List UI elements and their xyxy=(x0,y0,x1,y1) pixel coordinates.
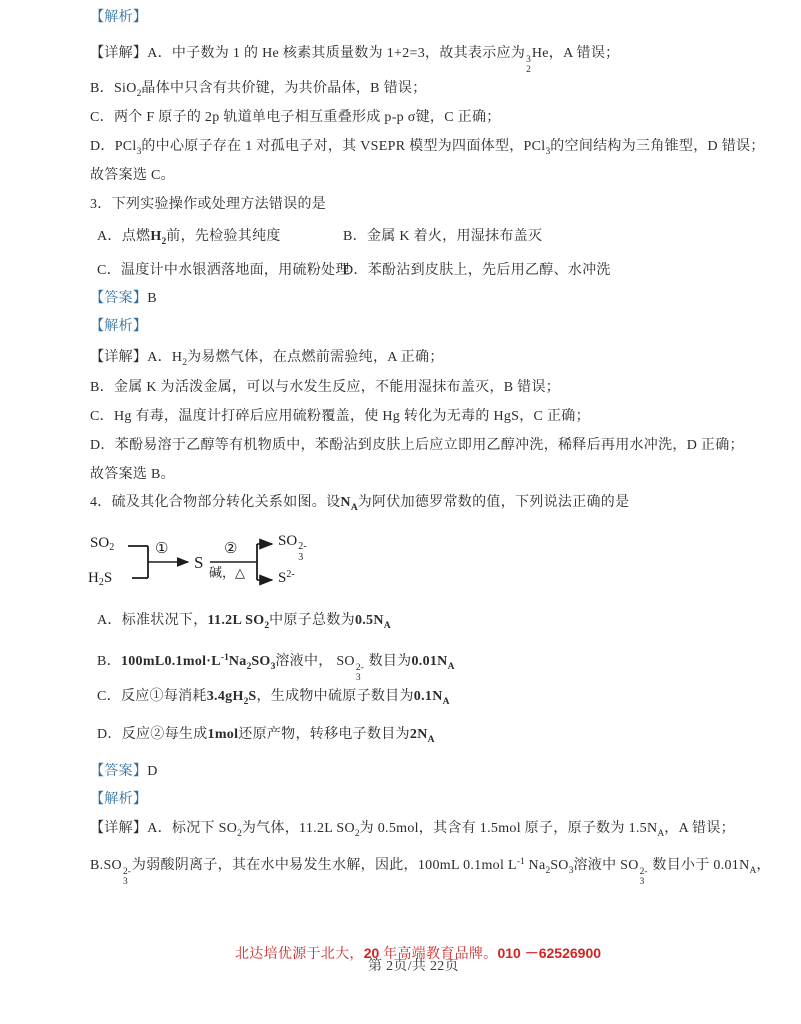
text-segment: D．苯酚沾到皮肤上，先后用乙醇、水冲洗 xyxy=(343,263,611,278)
text-segment: 3.4gH xyxy=(207,689,244,704)
text-segment: A xyxy=(351,503,358,513)
text-segment: B． xyxy=(97,654,121,669)
diagram-label-s: S xyxy=(194,554,203,571)
text-segment: A xyxy=(443,697,450,707)
text-segment: ，生成物中硫原子数目为 xyxy=(256,689,413,704)
text-segment: C．两个 F 原子的 2p 轨道单电子相互重叠形成 p-p σ键，C 正确； xyxy=(90,110,501,125)
text-segment: 【详解】A．中子数为 1 的 He 核素其质量数为 1+2=3，故其表示应为 xyxy=(90,46,525,61)
q4-option-a: A．标准状况下，11.2L SO2中原子总数为0.5NA xyxy=(97,611,391,636)
text-segment: D．苯酚易溶于乙醇等有机物质中，苯酚沾到皮肤上后应立即用乙醇冲洗，稀释后再用水冲… xyxy=(90,438,744,453)
text-segment: -1 xyxy=(221,653,229,663)
text-segment: 【详解】A．标况下 SO xyxy=(90,821,237,836)
text-segment: 故答案选 C。 xyxy=(90,168,175,183)
text-segment: 溶液中 SO xyxy=(573,858,638,873)
q3-answer: 【答案】B xyxy=(90,289,157,309)
text-segment: 2-3 xyxy=(640,868,648,888)
text-segment: C．反应①每消耗 xyxy=(97,689,207,704)
detail-q3-b: B．金属 K 为活泼金属，可以与水发生反应，不能用湿抹布盖灭，B 错误； xyxy=(90,378,560,398)
text-segment: 1mol xyxy=(208,727,239,742)
text-segment: 还原产物，转移电子数目为 xyxy=(238,727,410,742)
diagram-label-so3: SO2-3 xyxy=(278,534,308,563)
q4-option-c: C．反应①每消耗3.4gH2S，生成物中硫原子数目为0.1NA xyxy=(97,687,449,712)
text-segment: 【答案】 xyxy=(90,291,147,306)
q4-answer: 【答案】D xyxy=(90,762,158,782)
text-segment: 3．下列实验操作或处理方法错误的是 xyxy=(90,197,326,212)
text-segment: B．SiO xyxy=(90,81,137,96)
q3-option-c: C．温度计中水银洒落地面，用硫粉处理 xyxy=(97,261,350,281)
text-segment: Na xyxy=(525,858,546,873)
text-segment: ， xyxy=(756,858,770,873)
text-segment: 为 0.5mol，其含有 1.5mol 原子，原子数为 1.5N xyxy=(360,821,658,836)
text-segment: 4．硫及其化合物部分转化关系如图。设 xyxy=(90,495,340,510)
text-segment: 【解析】 xyxy=(90,792,147,807)
detail-q4-a: 【详解】A．标况下 SO2为气体，11.2L SO2为 0.5mol，其含有 1… xyxy=(90,819,735,844)
diagram-label-s2: S2- xyxy=(278,570,295,586)
sulfur-conversion-diagram: SO2 H2S ① S ② 碱，△ SO2-3 S2- xyxy=(88,528,348,602)
text-segment: 为弱酸阴离子，其在水中易发生水解，因此，100mL 0.1mol L xyxy=(132,858,517,873)
text-segment: D．PCl xyxy=(90,139,137,154)
text-segment: 第 2页/共 22页 xyxy=(368,959,459,974)
diagram-step1-circle: ① xyxy=(155,542,168,557)
text-segment: 前，先检验其纯度 xyxy=(166,229,280,244)
text-segment: A xyxy=(428,735,435,745)
text-segment: 为易燃气体，在点燃前需验纯，A 正确； xyxy=(187,350,444,365)
detail-q2-conclusion: 故答案选 C。 xyxy=(90,166,175,186)
q3-option-a: A．点燃H2前，先检验其纯度 xyxy=(97,227,281,252)
text-segment: 11.2L SO xyxy=(208,613,265,628)
q4-analysis-label: 【解析】 xyxy=(90,790,147,810)
text-segment: 晶体中只含有共价键，为共价晶体，B 错误； xyxy=(141,81,426,96)
text-segment: 为阿伏加德罗常数的值，下列说法正确的是 xyxy=(358,495,630,510)
diagram-condition: 碱，△ xyxy=(209,566,245,579)
text-segment: 100mL0.1mol·L xyxy=(121,654,221,669)
text-segment: 数目为 xyxy=(365,654,412,669)
page-number: 第 2页/共 22页 xyxy=(368,957,459,977)
text-segment: He，A 错误； xyxy=(532,46,620,61)
text-segment: 2N xyxy=(410,727,428,742)
document-page: { "page": { "width": 801, "height": 1024… xyxy=(0,0,801,1024)
detail-q2-b: B．SiO2晶体中只含有共价键，为共价晶体，B 错误； xyxy=(90,79,427,104)
question-4-stem: 4．硫及其化合物部分转化关系如图。设NA为阿伏加德罗常数的值，下列说法正确的是 xyxy=(90,493,629,518)
text-segment: 的空间结构为三角锥型，D 错误； xyxy=(550,139,764,154)
text-segment: B.SO xyxy=(90,858,122,873)
text-segment: 数目小于 0.01N xyxy=(649,858,750,873)
text-segment: 中原子总数为 xyxy=(269,613,355,628)
detail-q3-conclusion: 故答案选 B。 xyxy=(90,465,175,485)
diagram-step2-circle: ② xyxy=(224,542,237,557)
q4-option-b: B．100mL0.1mol·L-1Na2SO3溶液中， SO2-3 数目为0.0… xyxy=(97,648,454,684)
text-segment: 2-3 xyxy=(123,868,131,888)
detail-q4-b: B.SO2-3为弱酸阴离子，其在水中易发生水解，因此，100mL 0.1mol … xyxy=(90,852,771,888)
text-segment: B．金属 K 着火，用湿抹布盖灭 xyxy=(343,229,542,244)
q4-option-d: D．反应②每生成1mol还原产物，转移电子数目为2NA xyxy=(97,725,434,750)
text-segment: SO xyxy=(251,654,270,669)
question-3-stem: 3．下列实验操作或处理方法错误的是 xyxy=(90,195,326,215)
text-segment: A xyxy=(384,621,391,631)
text-segment: A xyxy=(448,662,455,672)
text-segment: 0.5N xyxy=(355,613,384,628)
diagram-label-so2: SO2 xyxy=(90,536,114,553)
text-segment: 为气体，11.2L SO xyxy=(242,821,355,836)
text-segment: -1 xyxy=(517,857,525,867)
text-segment: 2-3 xyxy=(356,664,364,684)
text-segment: D．反应②每生成 xyxy=(97,727,208,742)
text-segment: 北达培优源于北大， xyxy=(235,947,364,962)
analysis-label: 【解析】 xyxy=(90,8,147,28)
text-segment: 的中心原子存在 1 对孤电子对，其 VSEPR 模型为四面体型，PCl xyxy=(141,139,545,154)
text-segment: Na xyxy=(229,654,247,669)
detail-q2-c: C．两个 F 原子的 2p 轨道单电子相互重叠形成 p-p σ键，C 正确； xyxy=(90,108,501,128)
text-segment: ，A 错误； xyxy=(664,821,735,836)
text-segment: 故答案选 B。 xyxy=(90,467,175,482)
text-segment: N xyxy=(340,495,350,510)
text-segment: A．标准状况下， xyxy=(97,613,208,628)
text-segment: H xyxy=(150,229,161,244)
q3-option-b: B．金属 K 着火，用湿抹布盖灭 xyxy=(343,227,542,247)
text-segment: 溶液中， SO xyxy=(275,654,355,669)
detail-q2-a: 【详解】A．中子数为 1 的 He 核素其质量数为 1+2=3，故其表示应为32… xyxy=(90,44,619,76)
diagram-label-h2s: H2S xyxy=(88,571,112,588)
text-segment: 【解析】 xyxy=(90,10,147,25)
q3-analysis-label: 【解析】 xyxy=(90,317,147,337)
q3-option-d: D．苯酚沾到皮肤上，先后用乙醇、水冲洗 xyxy=(343,261,611,281)
text-segment: SO xyxy=(550,858,569,873)
text-segment: 【解析】 xyxy=(90,319,147,334)
text-segment: 010 －62526900 xyxy=(497,945,601,961)
text-segment: C．温度计中水银洒落地面，用硫粉处理 xyxy=(97,263,350,278)
text-segment: B xyxy=(147,291,157,306)
text-segment: A．点燃 xyxy=(97,229,150,244)
text-segment: D xyxy=(147,764,157,779)
text-segment: B．金属 K 为活泼金属，可以与水发生反应，不能用湿抹布盖灭，B 错误； xyxy=(90,380,560,395)
detail-q3-a: 【详解】A．H2为易燃气体，在点燃前需验纯，A 正确； xyxy=(90,348,444,373)
detail-q3-d: D．苯酚易溶于乙醇等有机物质中，苯酚沾到皮肤上后应立即用乙醇冲洗，稀释后再用水冲… xyxy=(90,436,744,456)
text-segment: 【详解】A．H xyxy=(90,350,182,365)
detail-q3-c: C．Hg 有毒，温度计打碎后应用硫粉覆盖，使 Hg 转化为无毒的 HgS，C 正… xyxy=(90,407,590,427)
text-segment: 32 xyxy=(526,56,531,76)
text-segment: 0.1N xyxy=(414,689,443,704)
text-segment: 0.01N xyxy=(411,654,447,669)
detail-q2-d: D．PCl3的中心原子存在 1 对孤电子对，其 VSEPR 模型为四面体型，PC… xyxy=(90,137,765,162)
text-segment: 【答案】 xyxy=(90,764,147,779)
text-segment: C．Hg 有毒，温度计打碎后应用硫粉覆盖，使 Hg 转化为无毒的 HgS，C 正… xyxy=(90,409,590,424)
